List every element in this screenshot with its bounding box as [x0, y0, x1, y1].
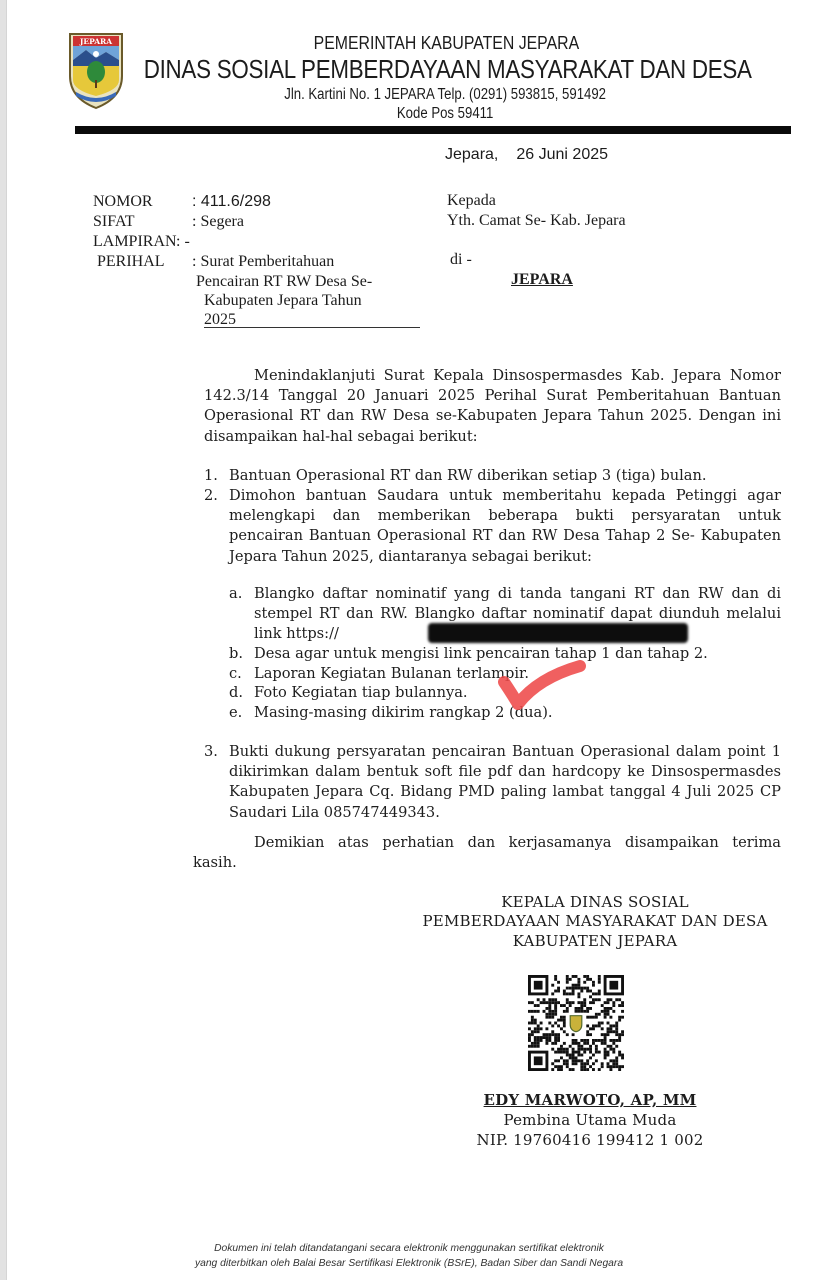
- letterhead-postcode: Kode Pos 59411: [61, 105, 756, 123]
- recipient-kepada: Kepada: [447, 192, 496, 210]
- recipient-yth: Yth. Camat Se- Kab. Jepara: [447, 212, 626, 230]
- page-edge: [0, 0, 7, 1280]
- recipient-place: JEPARA: [511, 271, 573, 289]
- sub-item-letter: c.: [229, 664, 242, 684]
- letterhead-government: PEMERINTAH KABUPATEN JEPARA: [49, 33, 769, 54]
- signature-title: PEMBERDAYAAN MASYARAKAT DAN DESA: [400, 912, 790, 930]
- date-city: Jepara,: [445, 146, 498, 163]
- sub-item-letter: e.: [229, 703, 242, 723]
- sifat-label: SIFAT: [93, 212, 135, 232]
- letterhead-divider: [75, 126, 791, 134]
- closing-line: Demikian atas perhatian dan kerjasamanya…: [254, 834, 781, 851]
- redacted-link: [428, 623, 688, 643]
- signature-title: KABUPATEN JEPARA: [400, 932, 790, 950]
- footer-note: Dokumen ini telah ditandatangani secara …: [0, 1243, 818, 1254]
- item-number: 2.: [204, 486, 218, 506]
- item-number: 1.: [204, 466, 218, 486]
- nomor-label: NOMOR: [93, 192, 153, 212]
- lampiran-label: LAMPIRAN: [93, 232, 177, 252]
- recipient-di: di -: [450, 251, 472, 269]
- perihal-line: Pencairan RT RW Desa Se-: [196, 272, 372, 292]
- footer-note: yang diterbitkan oleh Balai Besar Sertif…: [0, 1258, 818, 1269]
- signatory-nip: NIP. 19760416 199412 1 002: [395, 1131, 785, 1149]
- signatory-rank: Pembina Utama Muda: [395, 1111, 785, 1129]
- intro-paragraph: Menindaklanjuti Surat Kepala Dinsosperma…: [204, 366, 781, 447]
- item-text: Bantuan Operasional RT dan RW diberikan …: [229, 466, 781, 486]
- sub-item-letter: b.: [229, 644, 243, 664]
- sub-item-letter: a.: [229, 584, 242, 604]
- letterhead-address: Jln. Kartini No. 1 JEPARA Telp. (0291) 5…: [61, 86, 756, 104]
- lampiran-value: : -: [176, 232, 190, 252]
- sub-item-letter: d.: [229, 683, 243, 703]
- item-text: Bukti dukung persyaratan pencairan Bantu…: [229, 742, 781, 823]
- red-checkmark-icon: [498, 660, 588, 710]
- signature-title: KEPALA DINAS SOSIAL: [400, 893, 790, 911]
- date-value: 26 Juni 2025: [516, 146, 608, 163]
- closing-line: kasih.: [193, 854, 237, 871]
- item-text: Dimohon bantuan Saudara untuk memberitah…: [229, 486, 781, 567]
- item-number: 3.: [204, 742, 218, 762]
- perihal-line: : Surat Pemberitahuan: [192, 252, 334, 272]
- qr-code-signature[interactable]: [528, 975, 624, 1071]
- perihal-line: Kabupaten Jepara Tahun: [204, 291, 362, 311]
- nomor-value: : 411.6/298: [192, 192, 271, 212]
- sifat-value: : Segera: [192, 212, 244, 232]
- perihal-underline: [204, 327, 420, 328]
- perihal-label: PERIHAL: [97, 252, 165, 272]
- letter-date: Jepara,26 Juni 2025: [445, 146, 608, 164]
- letterhead-agency: DINAS SOSIAL PEMBERDAYAAN MASYARAKAT DAN…: [57, 54, 760, 85]
- signatory-name: EDY MARWOTO, AP, MM: [395, 1091, 785, 1109]
